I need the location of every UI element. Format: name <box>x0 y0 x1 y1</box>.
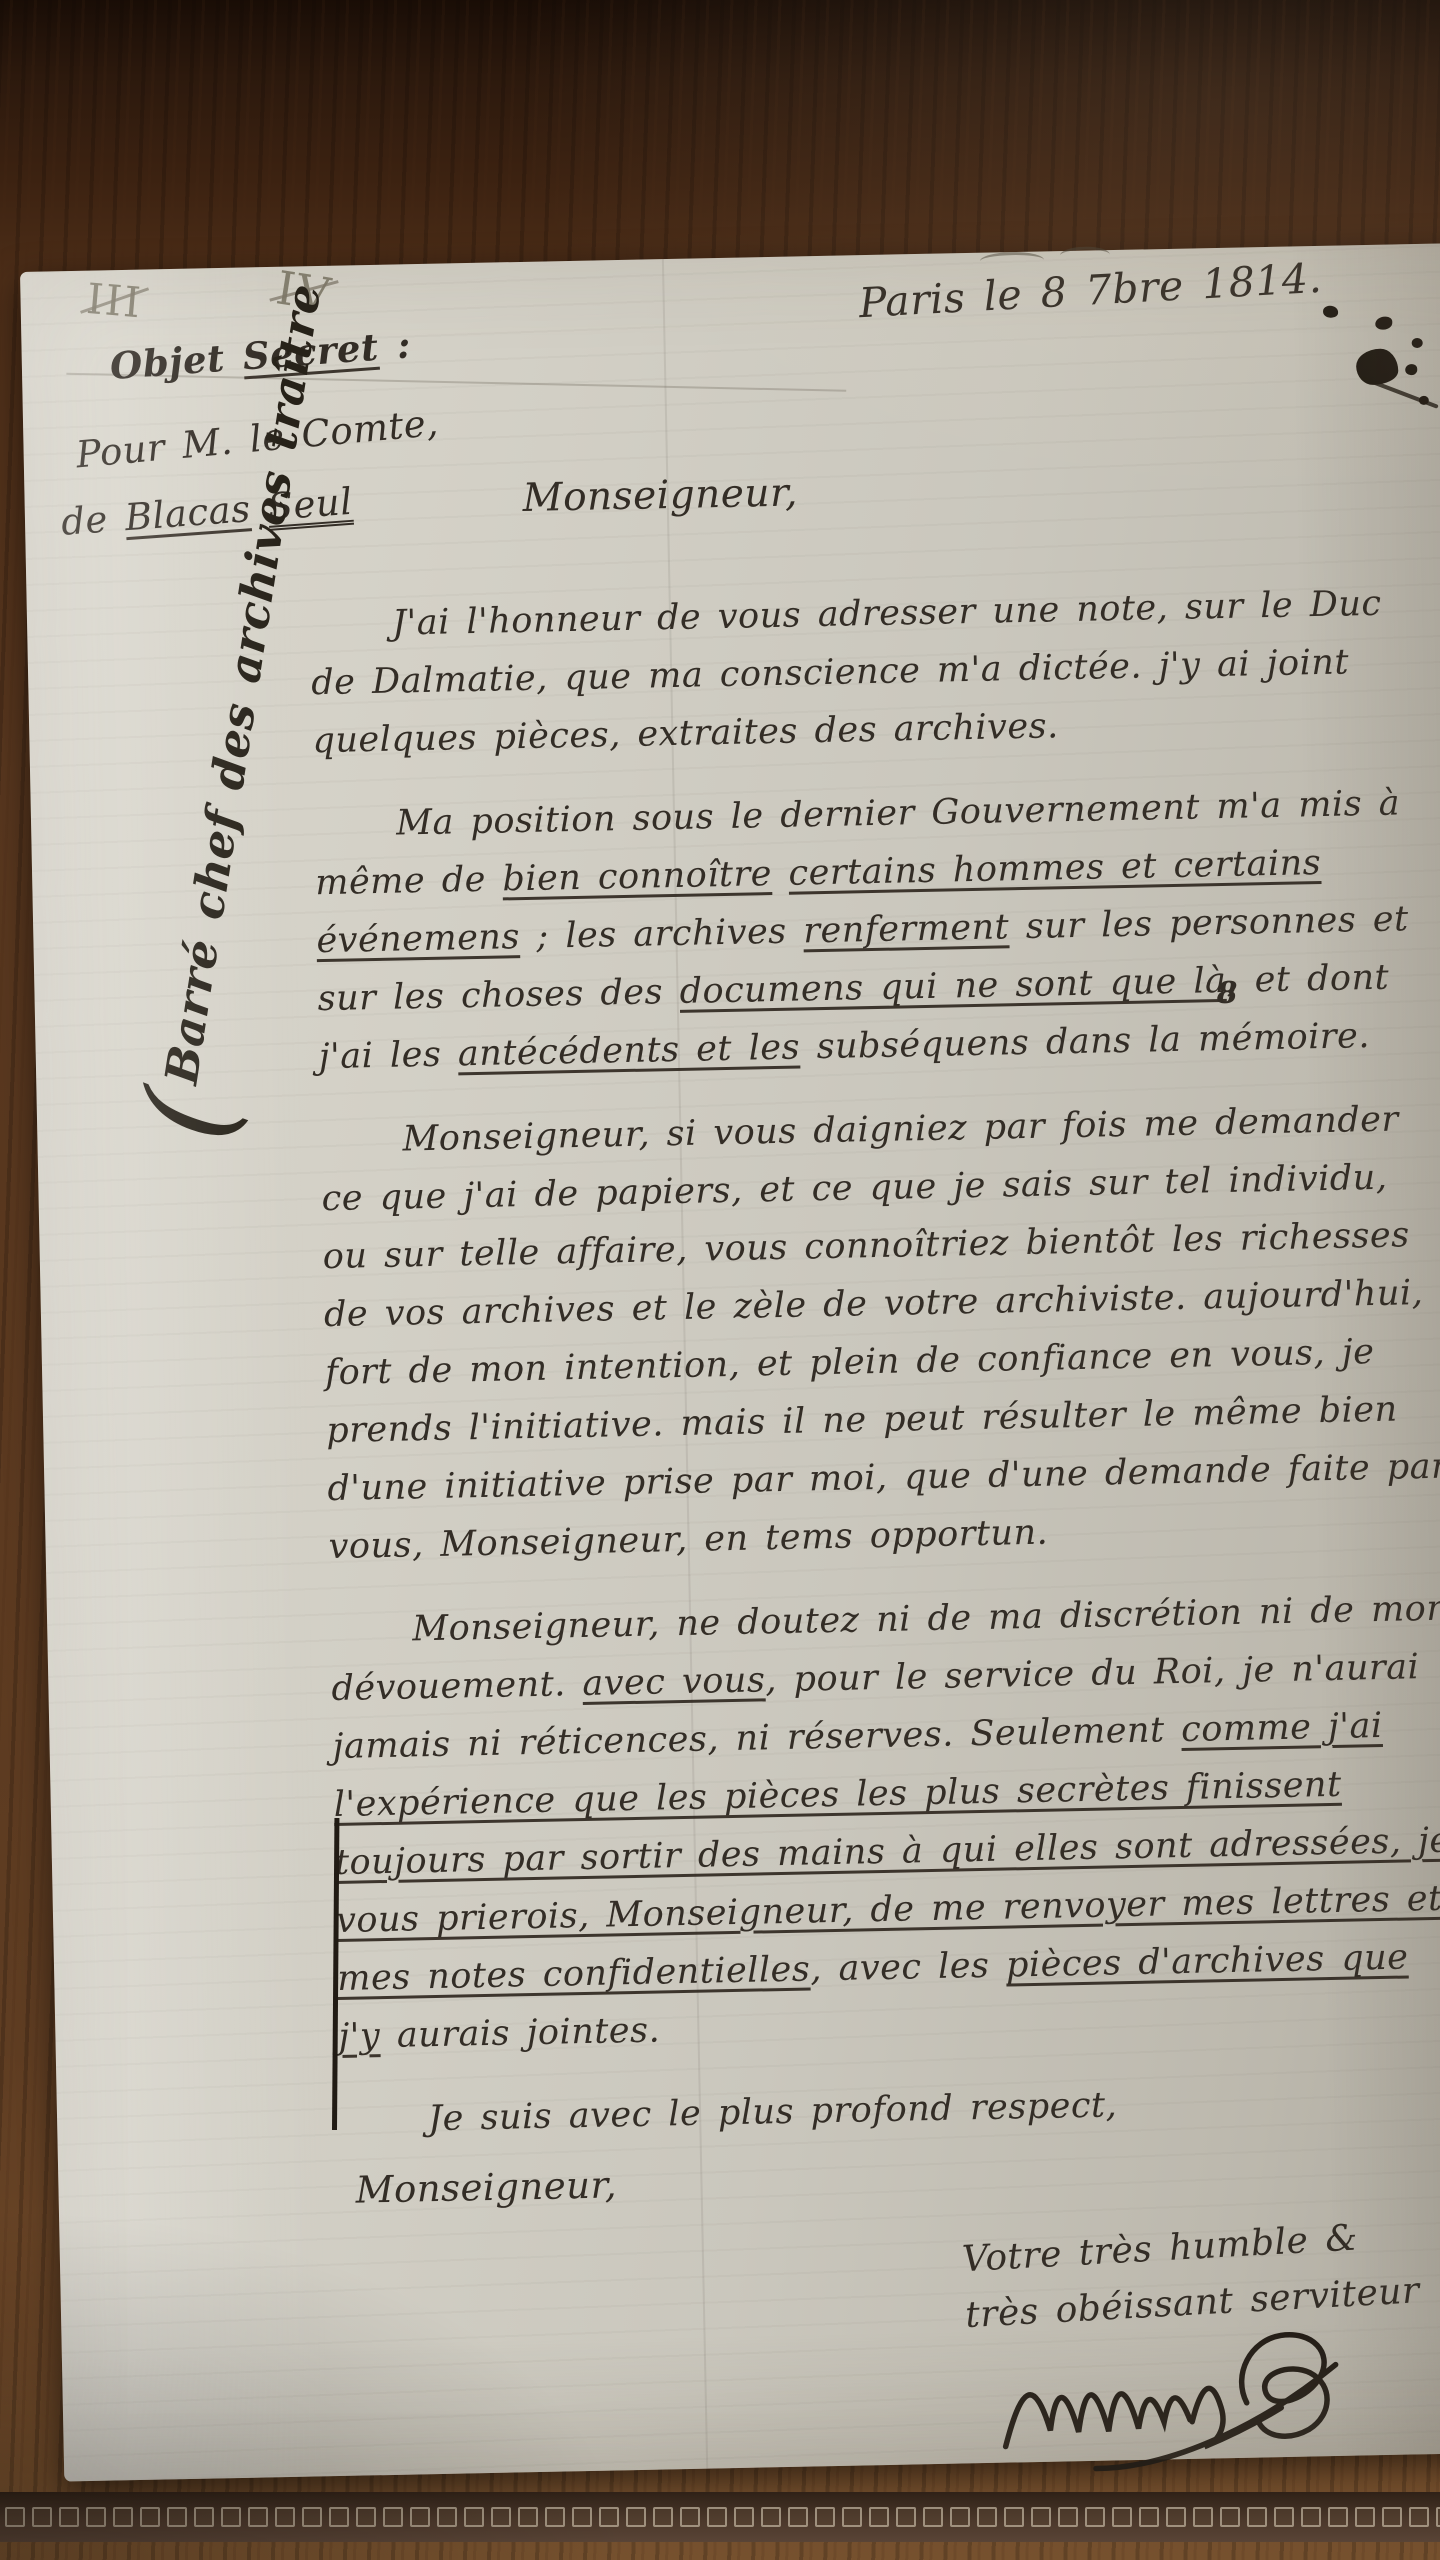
edge-square <box>707 2507 727 2527</box>
edge-square <box>599 2507 619 2527</box>
edge-square <box>1112 2507 1132 2527</box>
edge-square <box>1220 2507 1240 2527</box>
edge-square <box>977 2507 997 2527</box>
edge-square <box>410 2507 430 2527</box>
edge-square <box>167 2507 187 2527</box>
closing-respect-line: Je suis avec le plus profond respect, <box>340 2069 1440 2150</box>
edge-square <box>680 2507 700 2527</box>
edge-square <box>1247 2507 1267 2527</box>
edge-square <box>59 2507 79 2527</box>
edge-square <box>1382 2507 1402 2527</box>
edge-square <box>1058 2507 1078 2527</box>
edge-square <box>653 2507 673 2527</box>
edge-square <box>815 2507 835 2527</box>
edge-square <box>437 2507 457 2527</box>
edge-square <box>221 2507 241 2527</box>
edge-square <box>464 2507 484 2527</box>
edge-square <box>1031 2507 1051 2527</box>
dateline: Paris le 8 7bre 1814. <box>858 254 1324 327</box>
edge-square <box>86 2507 106 2527</box>
edge-square <box>1436 2507 1440 2527</box>
edge-square <box>518 2507 538 2527</box>
edge-square <box>1193 2507 1213 2527</box>
edge-square <box>1355 2507 1375 2527</box>
edge-square <box>248 2507 268 2527</box>
edge-square <box>1328 2507 1348 2527</box>
ink-blot <box>1361 376 1439 409</box>
edge-square <box>356 2507 376 2527</box>
edge-square <box>140 2507 160 2527</box>
edge-square <box>32 2507 52 2527</box>
edge-square <box>1274 2507 1294 2527</box>
edge-square <box>626 2507 646 2527</box>
closing-monseigneur: Monseigneur, <box>341 2139 1440 2220</box>
edge-square <box>1409 2507 1429 2527</box>
ink-blot <box>1323 306 1338 318</box>
edge-square <box>1004 2507 1024 2527</box>
edge-square <box>1166 2507 1186 2527</box>
edge-square <box>545 2507 565 2527</box>
photo-frame: III IV Objet Secret : Pour M. le Comte, … <box>0 0 1440 2560</box>
paragraph-2: Ma position sous le dernier Gouvernement… <box>314 774 1440 1086</box>
edge-square <box>275 2507 295 2527</box>
letter-body: J'ai l'honneur de vous adresser une note… <box>310 574 1440 2479</box>
paragraph-4: Monseigneur, ne doutez ni de ma discréti… <box>330 1580 1440 2066</box>
edge-band <box>0 2492 1440 2542</box>
edge-square <box>491 2507 511 2527</box>
paragraph-1: J'ai l'honneur de vous adresser une note… <box>310 574 1435 770</box>
margin-note-paren: ( <box>117 1081 262 1149</box>
edge-square <box>950 2507 970 2527</box>
edge-square <box>329 2507 349 2527</box>
pencil-numeral-iii: III <box>85 274 145 328</box>
edge-square <box>1301 2507 1321 2527</box>
ink-correction-mark: 8 <box>1216 976 1238 1011</box>
edge-square <box>788 2507 808 2527</box>
ink-blot <box>1375 316 1392 329</box>
edge-square <box>5 2507 25 2527</box>
edge-square <box>842 2507 862 2527</box>
ink-blot <box>1405 364 1417 375</box>
margin-note-text: Barré chef des archives traître <box>155 280 332 1088</box>
edge-square <box>383 2507 403 2527</box>
edge-square <box>734 2507 754 2527</box>
paragraph-3: Monseigneur, si vous daigniez par fois m… <box>320 1090 1440 1576</box>
edge-square <box>1085 2507 1105 2527</box>
edge-square <box>302 2507 322 2527</box>
letter-paper: III IV Objet Secret : Pour M. le Comte, … <box>20 242 1440 2481</box>
ink-blot <box>1412 338 1423 348</box>
edge-square <box>194 2507 214 2527</box>
edge-square <box>572 2507 592 2527</box>
edge-square <box>113 2507 133 2527</box>
edge-square <box>869 2507 889 2527</box>
edge-square <box>896 2507 916 2527</box>
pencil-scribble <box>1060 246 1110 264</box>
edge-square <box>761 2507 781 2527</box>
pencil-scribble <box>980 251 1044 269</box>
edge-square <box>923 2507 943 2527</box>
salutation: Monseigneur, <box>522 470 798 521</box>
edge-square <box>1139 2507 1159 2527</box>
